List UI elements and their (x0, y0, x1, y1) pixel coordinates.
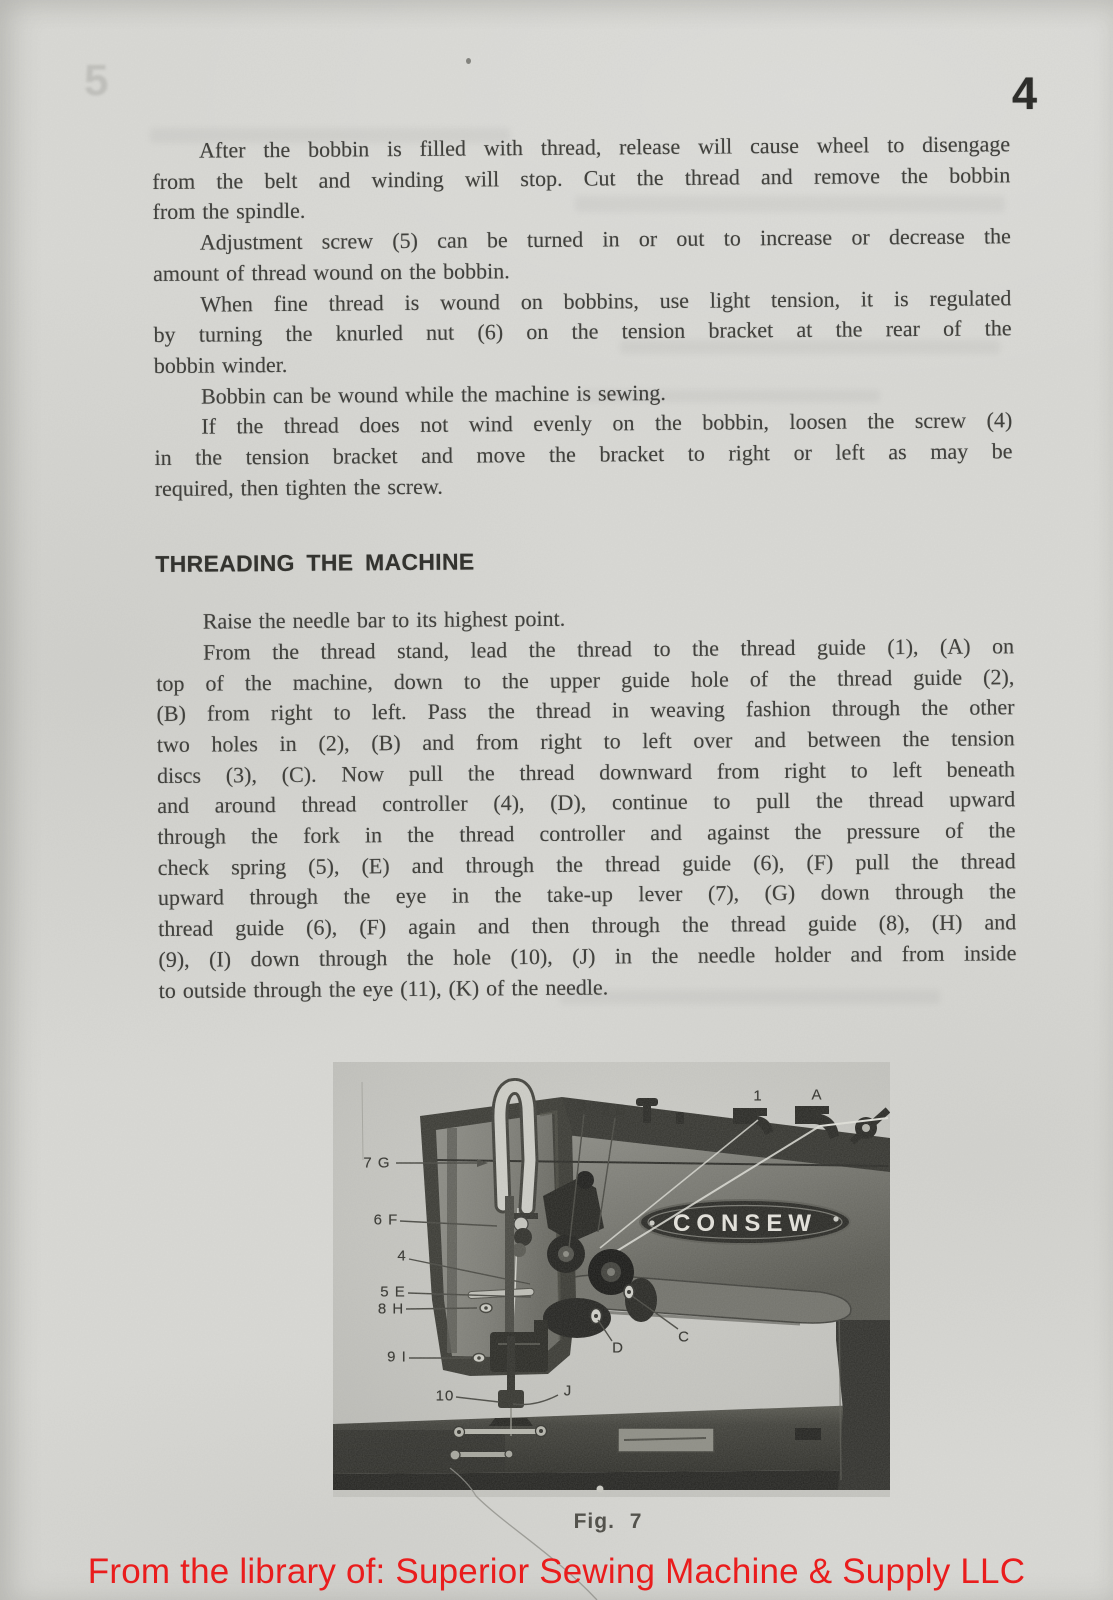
figure-caption: Fig. 7 (533, 1510, 683, 1534)
body-text: After the bobbin is filled with thread, … (152, 129, 1017, 1006)
text-line: required, then tighten the screw. (155, 467, 1013, 504)
page-number: 4 (1012, 68, 1037, 120)
photo-grain (333, 1062, 890, 1497)
section-heading: THREADING THE MACHINE (155, 543, 1013, 580)
paragraph: From the thread stand, lead the thread t… (156, 631, 1017, 1006)
paragraph: If the thread does not wind evenly on th… (154, 406, 1013, 505)
library-stamp-text: From the library of: Superior Sewing Mac… (0, 1551, 1113, 1593)
paragraph: When fine thread is wound on bobbins, us… (153, 283, 1012, 382)
intro-section: After the bobbin is filled with thread, … (152, 129, 1013, 504)
paragraph: After the bobbin is filled with thread, … (152, 129, 1011, 228)
threading-section: Raise the needle bar to its highest poin… (156, 600, 1017, 1006)
ink-speck (466, 58, 471, 64)
ghost-page-number: 5 (84, 56, 108, 106)
paragraph: Adjustment screw (5) can be turned in or… (153, 221, 1011, 289)
manual-page: 5 4 After the bobbin is filled with thre… (0, 0, 1113, 1600)
